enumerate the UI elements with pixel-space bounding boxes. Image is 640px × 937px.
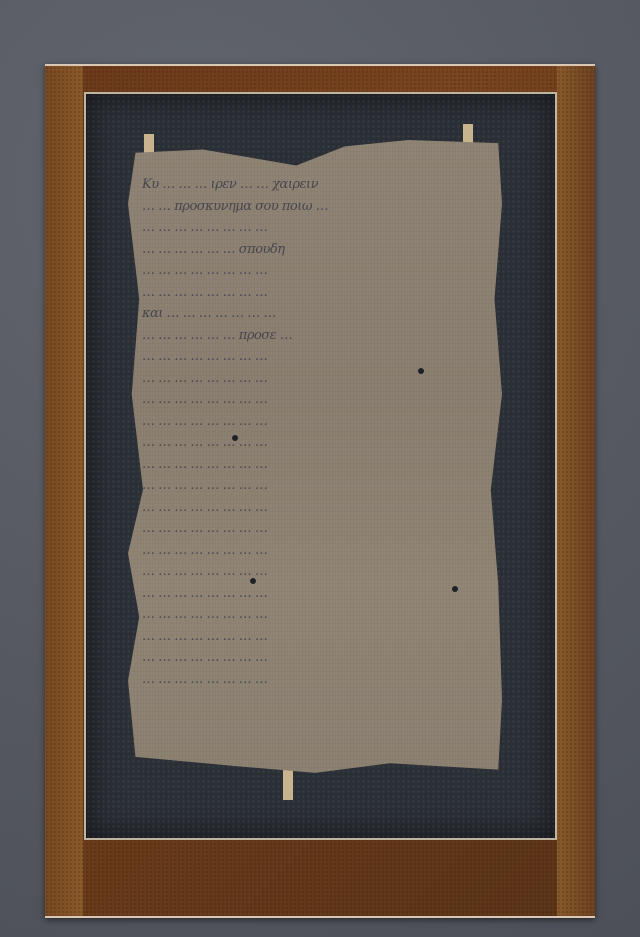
papyrus-hole: [452, 586, 458, 592]
text-line: … … … … … … … …: [142, 411, 488, 433]
text-line: … … … … … … … …: [142, 389, 488, 411]
frame-right-edge: [557, 66, 595, 916]
text-line: … … … … … … … …: [142, 346, 488, 368]
text-line: … … … … … … προσε …: [142, 325, 488, 347]
frame-left-edge: [45, 66, 83, 916]
mount-tab-bottom: [283, 770, 293, 800]
text-line: … … … … … … … …: [142, 669, 488, 691]
text-line: και … … … … … … …: [142, 303, 488, 325]
text-line: … … … … … … … …: [142, 647, 488, 669]
papyrus-text: Κυ … … … ιρεν … … χαιρειν … … προσκυνημα…: [142, 174, 488, 690]
papyrus-sheet: Κυ … … … ιρεν … … χαιρειν … … προσκυνημα…: [128, 140, 502, 776]
text-line: … … … … … … … …: [142, 583, 488, 605]
papyrus-hole: [250, 578, 256, 584]
text-line: … … … … … … … …: [142, 260, 488, 282]
text-line: … … … … … … … …: [142, 432, 488, 454]
text-line: … … … … … … … …: [142, 497, 488, 519]
text-line: … … προσκυνημα σου ποιω …: [142, 196, 488, 218]
text-line: … … … … … … … …: [142, 475, 488, 497]
text-line: … … … … … … … …: [142, 454, 488, 476]
text-line: … … … … … … … …: [142, 368, 488, 390]
text-line: … … … … … … σπουδη: [142, 239, 488, 261]
text-line: … … … … … … … …: [142, 282, 488, 304]
text-line: … … … … … … … …: [142, 540, 488, 562]
text-line: … … … … … … … …: [142, 217, 488, 239]
text-line: … … … … … … … …: [142, 561, 488, 583]
papyrus-hole: [418, 368, 424, 374]
text-line: … … … … … … … …: [142, 518, 488, 540]
text-line: Κυ … … … ιρεν … … χαιρειν: [142, 174, 488, 196]
text-line: … … … … … … … …: [142, 604, 488, 626]
papyrus-hole: [232, 435, 238, 441]
text-line: … … … … … … … …: [142, 626, 488, 648]
